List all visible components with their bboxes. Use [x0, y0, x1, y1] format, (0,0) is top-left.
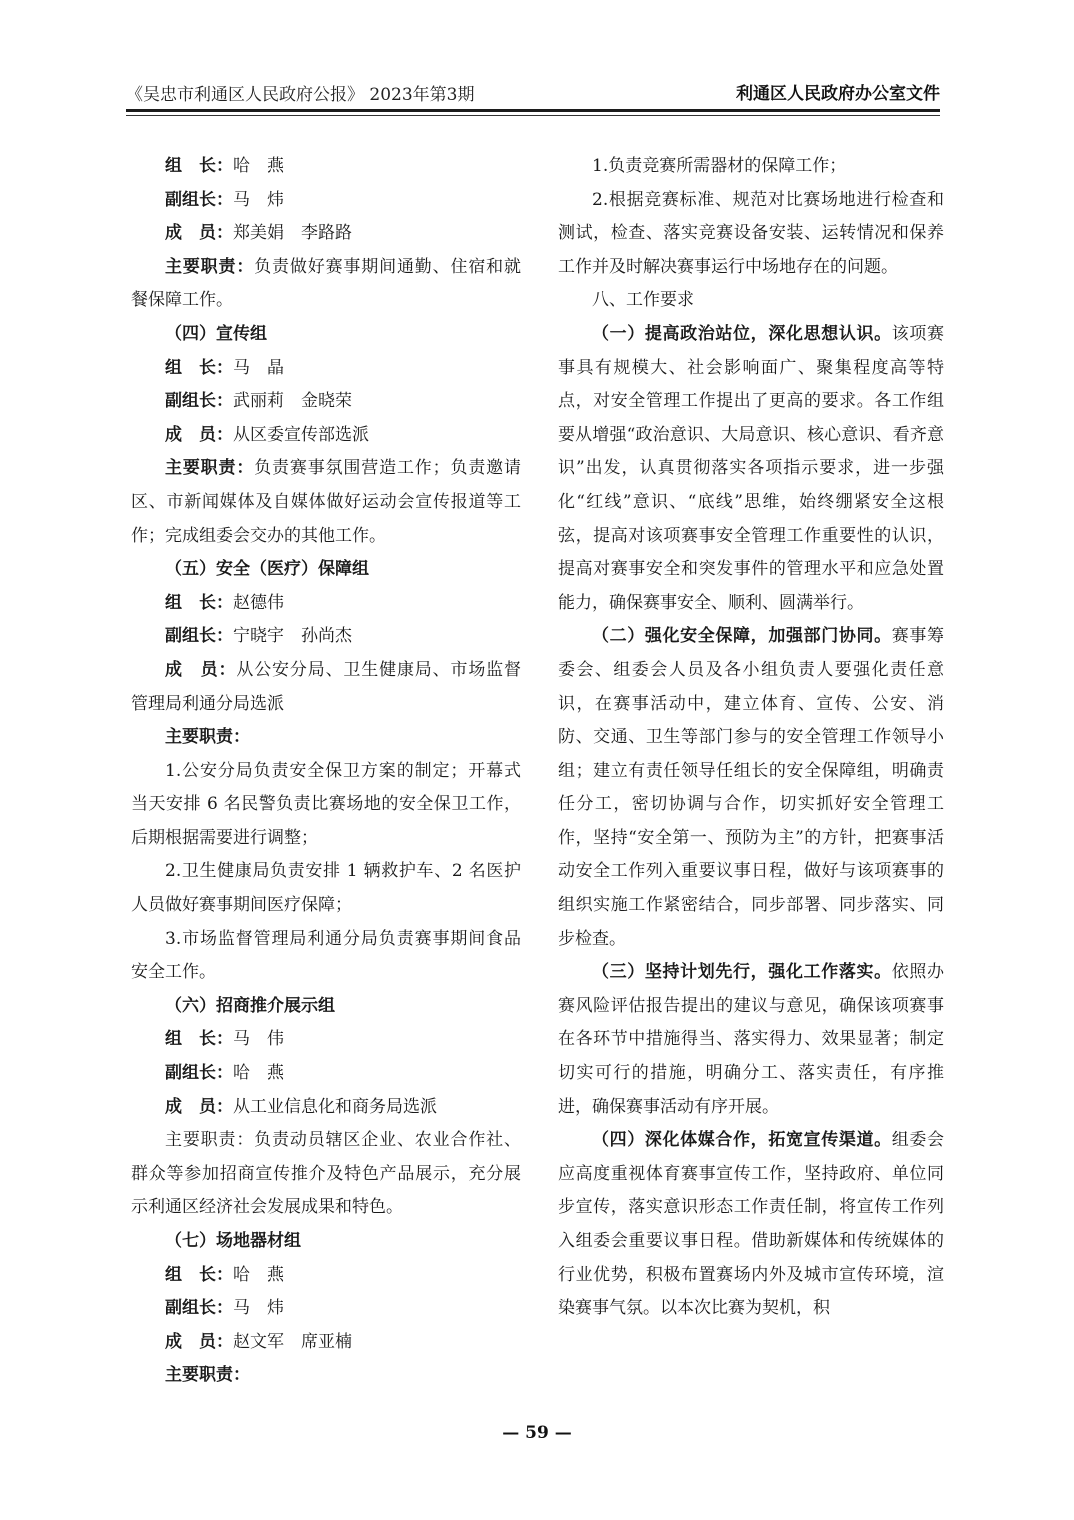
group3-members: 成 员：郑美娟 李路路 — [131, 217, 521, 251]
group3-leader: 组 长：哈 燕 — [131, 150, 521, 184]
group4-title: （四）宣传组 — [131, 318, 521, 352]
group4-deputy: 副组长：武丽莉 金晓荣 — [131, 385, 521, 419]
group3-duties: 主要职责：负责做好赛事期间通勤、住宿和就餐保障工作。 — [131, 251, 521, 318]
group6-deputy: 副组长：哈 燕 — [131, 1057, 521, 1091]
journal-title: 《吴忠市利通区人民政府公报》 2023年第3期 — [126, 80, 474, 105]
requirement-title: （四）深化体媒合作，拓宽宣传渠道。 — [592, 1130, 892, 1150]
right-column: 1.负责竞赛所需器材的保障工作； 2.根据竞赛标准、规范对比赛场地进行检查和测试… — [558, 150, 944, 1326]
group7-leader: 组 长：哈 燕 — [131, 1259, 521, 1293]
group5-title: （五）安全（医疗）保障组 — [131, 553, 521, 587]
requirement-title: （一）提高政治站位，深化思想认识。 — [592, 324, 892, 344]
group5-leader: 组 长：赵德伟 — [131, 587, 521, 621]
group7-title: （七）场地器材组 — [131, 1225, 521, 1259]
group5-duty-item: 1.公安分局负责安全保卫方案的制定；开幕式当天安排 6 名民警负责比赛场地的安全… — [131, 755, 521, 856]
group7-members: 成 员：赵文军 席亚楠 — [131, 1326, 521, 1360]
requirement-body: 赛事筹委会、组委会人员及各小组负责人要强化责任意识，在赛事活动中，建立体育、宣传… — [558, 626, 944, 948]
requirement-title: （二）强化安全保障，加强部门协同。 — [592, 626, 892, 646]
group4-leader: 组 长：马 晶 — [131, 352, 521, 386]
group7-deputy: 副组长：马 炜 — [131, 1292, 521, 1326]
group7-duties-label: 主要职责： — [131, 1359, 521, 1393]
page-number: — 59 — — [0, 1423, 1074, 1443]
group7-duty-item: 2.根据竞赛标准、规范对比赛场地进行检查和测试，检查、落实竞赛设备安装、运转情况… — [558, 184, 944, 285]
group5-duties-label: 主要职责： — [131, 721, 521, 755]
section8-title: 八、工作要求 — [558, 284, 944, 318]
requirement-body: 组委会应高度重视体育赛事宣传工作，坚持政府、单位同步宣传，落实意识形态工作责任制… — [558, 1130, 944, 1318]
header-rule-thick — [126, 109, 940, 112]
requirement-body: 该项赛事具有规模大、社会影响面广、聚集程度高等特点，对安全管理工作提出了更高的要… — [558, 324, 944, 613]
requirement-4: （四）深化体媒合作，拓宽宣传渠道。组委会应高度重视体育赛事宣传工作，坚持政府、单… — [558, 1124, 944, 1326]
requirement-3: （三）坚持计划先行，强化工作落实。依照办赛风险评估报告提出的建议与意见，确保该项… — [558, 956, 944, 1124]
group7-duty-item: 1.负责竞赛所需器材的保障工作； — [558, 150, 944, 184]
group6-duties: 主要职责：负责动员辖区企业、农业合作社、群众等参加招商宣传推介及特色产品展示，充… — [131, 1124, 521, 1225]
group4-members: 成 员：从区委宣传部选派 — [131, 419, 521, 453]
group6-title: （六）招商推介展示组 — [131, 990, 521, 1024]
group5-duty-item: 2.卫生健康局负责安排 1 辆救护车、2 名医护人员做好赛事期间医疗保障； — [131, 855, 521, 922]
group5-members: 成 员：从公安分局、卫生健康局、市场监督管理局利通分局选派 — [131, 654, 521, 721]
requirement-title: （三）坚持计划先行，强化工作落实。 — [592, 962, 892, 982]
page-header: 《吴忠市利通区人民政府公报》 2023年第3期 利通区人民政府办公室文件 — [126, 76, 940, 106]
group5-duty-item: 3.市场监督管理局利通分局负责赛事期间食品安全工作。 — [131, 923, 521, 990]
requirement-2: （二）强化安全保障，加强部门协同。赛事筹委会、组委会人员及各小组负责人要强化责任… — [558, 620, 944, 956]
group6-leader: 组 长：马 伟 — [131, 1023, 521, 1057]
requirement-1: （一）提高政治站位，深化思想认识。该项赛事具有规模大、社会影响面广、聚集程度高等… — [558, 318, 944, 620]
section-title: 利通区人民政府办公室文件 — [736, 79, 940, 104]
group6-members: 成 员：从工业信息化和商务局选派 — [131, 1091, 521, 1125]
header-rule-thin — [126, 115, 940, 116]
group5-deputy: 副组长：宁晓宇 孙尚杰 — [131, 620, 521, 654]
group3-deputy: 副组长：马 炜 — [131, 184, 521, 218]
requirement-body: 依照办赛风险评估报告提出的建议与意见，确保该项赛事在各环节中措施得当、落实得力、… — [558, 962, 944, 1116]
left-column: 组 长：哈 燕 副组长：马 炜 成 员：郑美娟 李路路 主要职责：负责做好赛事期… — [131, 150, 521, 1393]
group4-duties: 主要职责：负责赛事氛围营造工作；负责邀请区、市新闻媒体及自媒体做好运动会宣传报道… — [131, 452, 521, 553]
